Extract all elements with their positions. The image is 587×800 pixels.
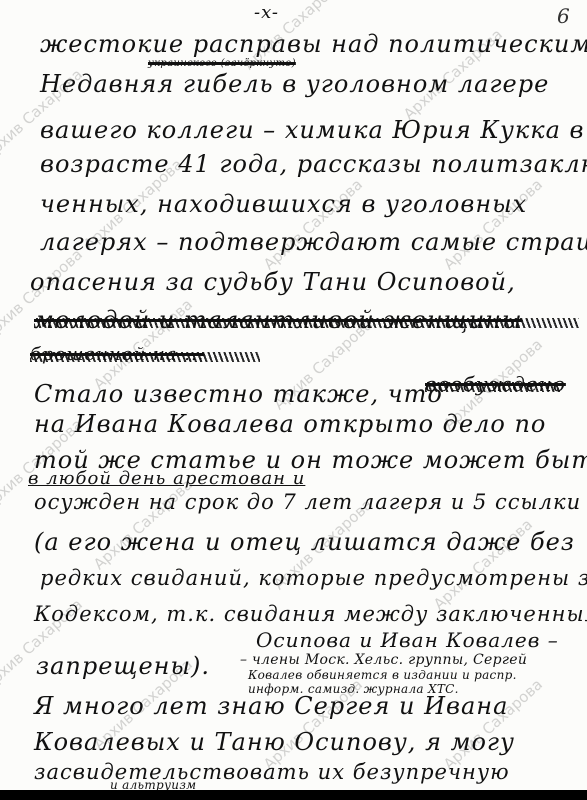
inserted-note: – члены Моск. Хельс. группы, Сергей xyxy=(240,652,527,668)
text-line: Я много лет знаю Сергея и Ивана xyxy=(34,692,508,720)
manuscript-page: Архив Сахарова Архив Сахарова Архив Саха… xyxy=(0,0,587,800)
inserted-line: Осипова и Иван Ковалев – xyxy=(256,628,559,652)
text-line: жестокие расправы над политическими xyxy=(40,30,587,58)
scan-edge xyxy=(0,790,587,800)
strike-scribble xyxy=(34,318,579,328)
header-mark: -x- xyxy=(254,2,279,23)
text-line: возрасте 41 года, рассказы политзаклю- xyxy=(40,150,587,178)
text-line: на Ивана Ковалева открыто дело по xyxy=(34,410,546,438)
text-line: Кодексом, т.к. свидания между заключенны… xyxy=(34,602,587,626)
text-line: засвидетельствовать их безупречную xyxy=(34,760,510,784)
text-line: лагерях – подтверждают самые страшные xyxy=(40,228,587,256)
strike-scribble xyxy=(30,352,260,362)
text-line: Ковалевых и Таню Осипову, я могу xyxy=(34,728,515,756)
text-line: ченных, находившихся в уголовных xyxy=(40,190,527,218)
inserted-note: Ковалев обвиняется в издании и распр. xyxy=(248,668,517,682)
text-line: редких свиданий, которые предусмотрены з… xyxy=(40,566,587,590)
text-line: опасения за судьбу Тани Осиповой, xyxy=(30,268,516,296)
text-line: вашего коллеги – химика Юрия Кукка в xyxy=(40,116,584,144)
strike-scribble xyxy=(425,382,560,392)
page-number: 6 xyxy=(557,4,571,28)
text-line: (а его жена и отец лишатся даже без xyxy=(34,528,575,556)
text-line: Недавняя гибель в уголовном лагере xyxy=(40,70,549,98)
underlined-insert: в любой день арестован и xyxy=(28,468,305,489)
text-line: осужден на срок до 7 лет лагеря и 5 ссыл… xyxy=(34,490,581,514)
inserted-struck-word: украинского (зачёркнуто) xyxy=(148,58,296,69)
text-line: запрещены). xyxy=(36,652,210,680)
text-line: Стало известно также, что xyxy=(34,380,443,408)
